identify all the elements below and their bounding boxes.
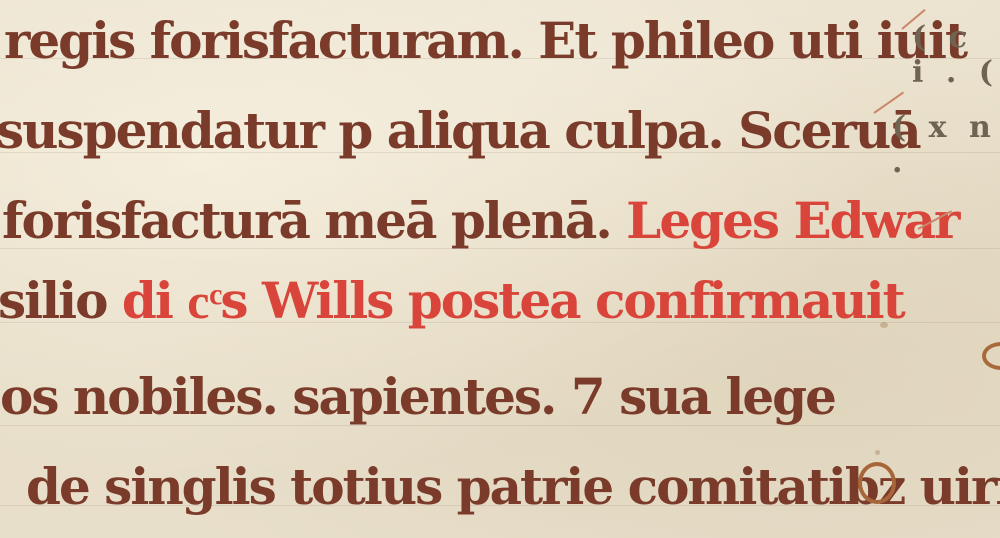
manuscript-page: regis forisfacturam. Et phileo uti iuit … [0,0,1000,538]
text-segment: forisfacturā meā plenā. [2,191,626,250]
text-line-6: de singlis totius patrie comitatibz uiri… [26,462,1000,512]
text-segment: suspendatur p aliqua culpa. Sceruā [0,101,920,160]
rubric-heading: Leges Edwar [626,191,958,250]
text-segment: regis forisfacturam. Et phileo uti iuit [4,11,966,70]
rubric-text: di cͨs Wills postea confirmauit [122,271,904,330]
text-line-1: regis forisfacturam. Et phileo uti iuit [4,16,966,66]
margin-note-2: ( x n . [892,110,1000,180]
text-segment: os nobiles. sapientes. 7 sua lege [0,367,835,426]
margin-note-1: ( c i . ( [912,20,1000,90]
text-segment: de singlis totius patrie comitatibz uiri… [26,457,1000,516]
text-segment: silio [0,271,122,330]
parchment-stain [875,450,880,455]
parchment-stain [880,322,888,328]
text-line-4: silio di cͨs Wills postea confirmauit [0,276,904,326]
text-line-2: suspendatur p aliqua culpa. Sceruā [0,106,920,156]
text-line-3: forisfacturā meā plenā. Leges Edwar [2,196,958,246]
text-line-5: os nobiles. sapientes. 7 sua lege [0,372,835,422]
flourish-mark [982,342,1000,370]
flourish-mark [858,462,896,504]
